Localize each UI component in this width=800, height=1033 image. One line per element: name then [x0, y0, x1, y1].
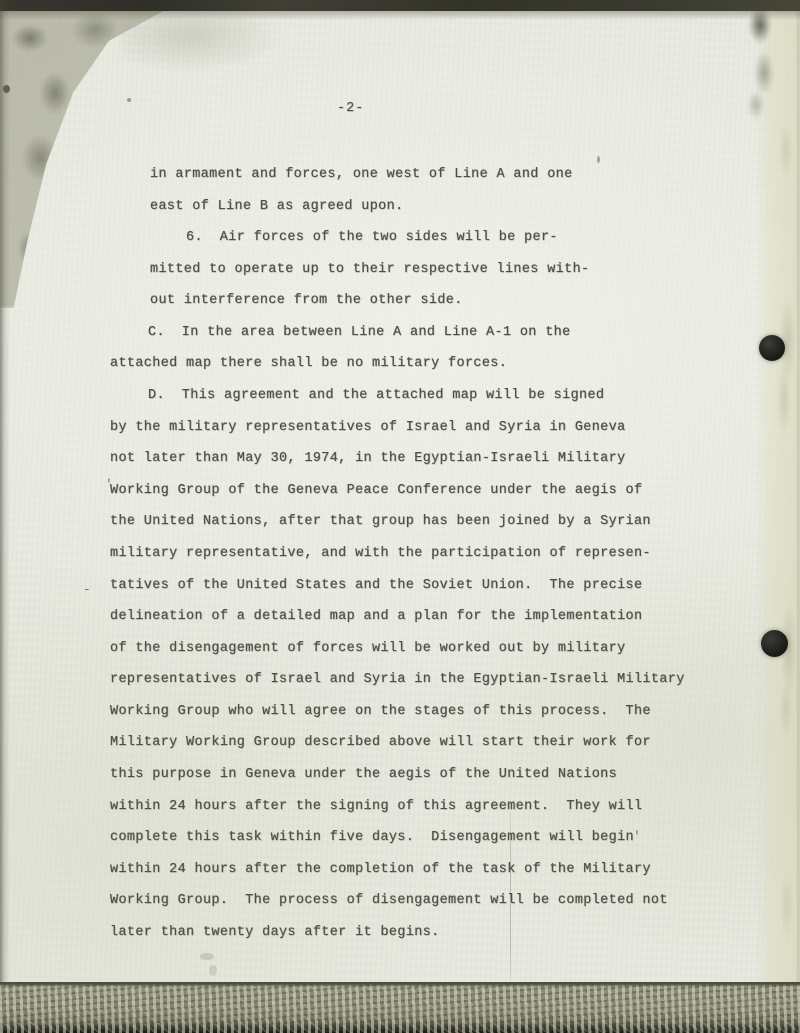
text-line: this purpose in Geneva under the aegis o…	[110, 767, 617, 782]
text-line: representatives of Israel and Syria in t…	[110, 672, 685, 687]
stray-mark: '	[633, 829, 641, 844]
text-line: out interference from the other side.	[150, 293, 463, 308]
typewritten-text-block: in armament and forces, one west of Line…	[0, 0, 800, 1033]
stray-mark: '	[105, 477, 113, 492]
text-line: within 24 hours after the signing of thi…	[110, 799, 642, 814]
text-line: mitted to operate up to their respective…	[150, 262, 589, 277]
text-line: not later than May 30, 1974, in the Egyp…	[110, 451, 626, 466]
text-line: east of Line B as agreed upon.	[150, 199, 404, 214]
text-line: attached map there shall be no military …	[110, 356, 507, 371]
text-line: military representative, and with the pa…	[110, 546, 651, 561]
text-line: tatives of the United States and the Sov…	[110, 578, 642, 593]
text-line: in armament and forces, one west of Line…	[150, 167, 573, 182]
text-line: D. This agreement and the attached map w…	[148, 388, 604, 403]
text-line: of the disengagement of forces will be w…	[110, 641, 626, 656]
hole-punch-dot	[759, 335, 785, 361]
text-line: complete this task within five days. Dis…	[110, 830, 634, 845]
text-line: the United Nations, after that group has…	[110, 514, 651, 529]
text-line: Military Working Group described above w…	[110, 735, 651, 750]
text-line: within 24 hours after the completion of …	[110, 862, 651, 877]
text-line: Working Group who will agree on the stag…	[110, 704, 651, 719]
text-line: by the military representatives of Israe…	[110, 420, 626, 435]
scanned-document-page: -2- in armament and forces, one west of …	[0, 0, 800, 1033]
text-line: 6. Air forces of the two sides will be p…	[186, 230, 558, 245]
text-line: C. In the area between Line A and Line A…	[148, 325, 571, 340]
text-line: delineation of a detailed map and a plan…	[110, 609, 642, 624]
text-line: later than twenty days after it begins.	[110, 925, 440, 940]
text-line: Working Group. The process of disengagem…	[110, 893, 668, 908]
text-line: Working Group of the Geneva Peace Confer…	[110, 483, 642, 498]
stray-mark: -	[83, 582, 91, 597]
hole-punch-dot	[761, 630, 788, 657]
